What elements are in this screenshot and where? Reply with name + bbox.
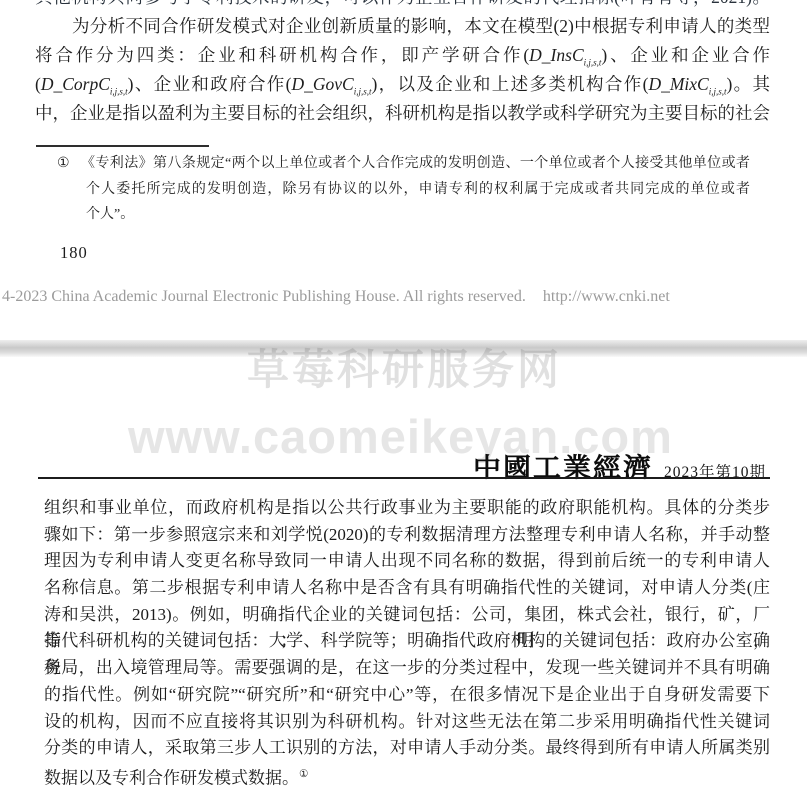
header-rule	[38, 477, 770, 479]
text-line: 指代科研机构的关键词包括：大学、科学院等；明确指代政府机构的关键词包括：政府办公…	[44, 628, 770, 655]
copyright-line: 4-2023 China Academic Journal Electronic…	[2, 288, 670, 306]
document-viewer: 其他机构共同参与了专利技术的研发，可以作为企业合作研发的代理指标(叶青青等，20…	[0, 0, 807, 795]
text-line: 分类的申请人，采取第三步人工识别的方法，对申请人手动分类。最终得到所有申请人所属…	[44, 735, 770, 762]
text-line: 为分析不同合作研发模式对企业创新质量的影响，本文在模型(2)中根据专利申请人的类…	[35, 12, 770, 41]
text-line: 组织和事业单位，而政府机构是指以公共行政事业为主要职能的政府职能机构。具体的分类…	[44, 495, 770, 522]
text-line: 将合作分为四类：企业和科研机构合作，即产学研合作(D_InsCi,j,s,t)、…	[35, 41, 770, 70]
text-line: 数据以及专利合作研发模式数据。①	[44, 762, 770, 789]
text-line: ①《专利法》第八条规定“两个以上单位或者个人合作完成的发明创造、一个单位或者个人…	[57, 151, 750, 177]
copyright-text: 4-2023 China Academic Journal Electronic…	[2, 288, 526, 305]
text-line: (D_CorpCi,j,s,t)、企业和政府合作(D_GovCi,j,s,t)，…	[35, 70, 770, 99]
page1-paragraph: 为分析不同合作研发模式对企业创新质量的影响，本文在模型(2)中根据专利申请人的类…	[35, 12, 770, 128]
footnote-marker: ①	[57, 156, 70, 171]
formula-variable: D_MixCi,j,s,t	[648, 74, 726, 94]
watermark-chinese: 草莓科研服务网	[247, 337, 562, 397]
formula-variable: D_GovCi,j,s,t	[291, 74, 371, 94]
page-number: 180	[60, 243, 88, 263]
cnki-url: http://www.cnki.net	[543, 288, 670, 305]
text-line: 的指代性。例如“研究院”“研究所”和“研究中心”等，在很多情况下是企业出于自身研…	[44, 682, 770, 709]
text-line: 中，企业是指以盈利为主要目标的社会组织，科研机构是指以教学或科学研究为主要目标的…	[35, 99, 770, 128]
page2-paragraph: 组织和事业单位，而政府机构是指以公共行政事业为主要职能的政府职能机构。具体的分类…	[44, 495, 770, 789]
text-line: 个人”。	[57, 202, 750, 228]
text-line: 务局，出入境管理局等。需要强调的是，在这一步的分类过程中，发现一些关键词并不具有…	[44, 655, 770, 682]
text-line: 其他机构共同参与了专利技术的研发，可以作为企业合作研发的代理指标(叶青青等，20…	[35, 0, 770, 7]
footnote-block: ①《专利法》第八条规定“两个以上单位或者个人合作完成的发明创造、一个单位或者个人…	[57, 151, 750, 228]
footnote-separator-rule	[36, 145, 209, 147]
formula-variable: D_InsCi,j,s,t	[529, 45, 601, 65]
formula-variable: D_CorpCi,j,s,t	[41, 74, 128, 94]
journal-logo: 中國工業經濟	[473, 447, 653, 485]
text-line: 个人委托所完成的发明创造，除另有协议的以外，申请专利的权利属于完成或者共同完成的…	[57, 177, 750, 203]
text-line: 名称信息。第二步根据专利申请人名称中是否含有具有明确指代性的关键词，对申请人分类…	[44, 575, 770, 602]
footnote-reference-mark: ①	[299, 769, 308, 780]
text-line: 理因为专利申请人变更名称导致同一申请人出现不同名称的数据，得到前后统一的专利申请…	[44, 548, 770, 575]
text-line: 骤如下：第一步参照寇宗来和刘学悦(2020)的专利数据清理方法整理专利申请人名称…	[44, 522, 770, 549]
text-line: 设的机构，因而不应直接将其识别为科研机构。针对这些无法在第二步采用明确指代性关键…	[44, 709, 770, 736]
text-line: 涛和吴洪，2013)。例如，明确指代企业的关键词包括：公司，集团，株式会社，银行…	[44, 602, 770, 629]
journal-header: 中國工業經濟 2023年第10期	[473, 446, 766, 486]
clipped-top-text-line: 其他机构共同参与了专利技术的研发，可以作为企业合作研发的代理指标(叶青青等，20…	[35, 0, 770, 7]
